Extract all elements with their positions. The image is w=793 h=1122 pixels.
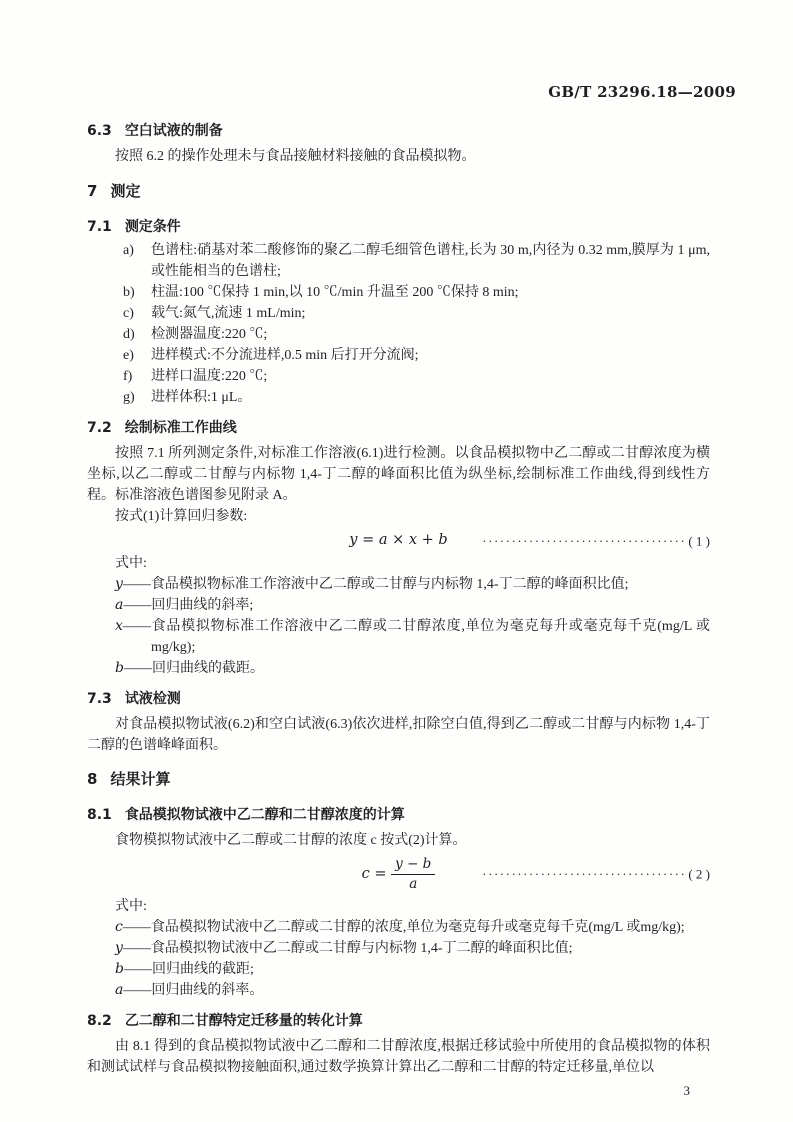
paragraph-6-3: 按照 6.2 的操作处理未与食品接触材料接触的食品模拟物。 (87, 146, 710, 167)
definition-item: y——食品模拟物标准工作溶液中乙二醇或二甘醇与内标物 1,4-丁二醇的峰面积比值… (87, 574, 710, 595)
list-item: b) 柱温:100 ℃保持 1 min,以 10 ℃/min 升温至 200 ℃… (87, 282, 710, 303)
paragraph-7-3: 对食品模拟物试液(6.2)和空白试液(6.3)依次进样,扣除空白值,得到乙二醇或… (87, 714, 710, 756)
equation-2: c = y − ba ·····························… (87, 856, 710, 893)
document-page: GB/T 23296.18—2009 6.3空白试液的制备 按照 6.2 的操作… (0, 0, 793, 1122)
list-item: g) 进样体积:1 μL。 (87, 387, 710, 408)
heading-title: 乙二醇和二甘醇特定迁移量的转化计算 (125, 1012, 363, 1028)
list-item-text: 进样模式:不分流进样,0.5 min 后打开分流阀; (151, 345, 710, 366)
list-item: e) 进样模式:不分流进样,0.5 min 后打开分流阀; (87, 345, 710, 366)
list-item-label: f) (123, 366, 151, 387)
heading-number: 7.1 (87, 217, 112, 238)
definition-text: ——食品模拟物标准工作溶液中乙二醇或二甘醇与内标物 1,4-丁二醇的峰面积比值; (123, 577, 629, 592)
heading-title: 测定 (110, 183, 140, 200)
definition-text: ——回归曲线的斜率。 (123, 983, 263, 998)
page-number: 3 (87, 1080, 710, 1101)
heading-number: 7 (87, 181, 97, 202)
definition-term: b (115, 660, 124, 676)
section-8-1-heading: 8.1食品模拟物试液中乙二醇和二甘醇浓度的计算 (87, 804, 710, 826)
section-7-heading: 7测定 (87, 181, 710, 202)
paragraph-7-2: 按照 7.1 所列测定条件,对标准工作溶液(6.1)进行检测。以食品模拟物中乙二… (87, 443, 710, 506)
fraction-denominator: a (391, 875, 435, 893)
list-item-text: 进样口温度:220 ℃; (151, 366, 710, 387)
list-item-label: e) (123, 345, 151, 366)
list-item-text: 检测器温度:220 ℃; (151, 324, 710, 345)
section-7-1-heading: 7.1测定条件 (87, 216, 710, 238)
list-item-label: a) (123, 240, 151, 282)
equation-1-number: ( 1 ) (688, 533, 710, 548)
list-item: f) 进样口温度:220 ℃; (87, 366, 710, 387)
list-item: d) 检测器温度:220 ℃; (87, 324, 710, 345)
heading-title: 空白试液的制备 (125, 122, 223, 138)
dot-leader: ··································· (482, 867, 686, 882)
definition-text: ——回归曲线的截距; (124, 962, 254, 977)
section-8-2-heading: 8.2乙二醇和二甘醇特定迁移量的转化计算 (87, 1010, 710, 1032)
paragraph-8-1: 食物模拟物试液中乙二醇或二甘醇的浓度 c 按式(2)计算。 (87, 830, 710, 851)
list-item: a) 色谱柱:硝基对苯二酸修饰的聚乙二醇毛细管色谱柱,长为 30 m,内径为 0… (87, 240, 710, 282)
list-item-label: g) (123, 387, 151, 408)
list-item-text: 柱温:100 ℃保持 1 min,以 10 ℃/min 升温至 200 ℃保持 … (151, 282, 710, 303)
list-item-text: 进样体积:1 μL。 (151, 387, 710, 408)
condition-list: a) 色谱柱:硝基对苯二酸修饰的聚乙二醇毛细管色谱柱,长为 30 m,内径为 0… (87, 240, 710, 408)
heading-title: 测定条件 (125, 218, 181, 234)
heading-title: 绘制标准工作曲线 (125, 419, 237, 435)
heading-number: 7.2 (87, 418, 112, 439)
equation-1-reference: ···································( 1 ) (482, 530, 710, 551)
definition-text: ——食品模拟物试液中乙二醇或二甘醇与内标物 1,4-丁二醇的峰面积比值; (123, 941, 573, 956)
heading-title: 结果计算 (110, 771, 170, 788)
list-item-text: 色谱柱:硝基对苯二酸修饰的聚乙二醇毛细管色谱柱,长为 30 m,内径为 0.32… (151, 240, 710, 282)
definition-text: ——回归曲线的斜率; (123, 598, 253, 613)
equation-2-equals: = (374, 866, 386, 882)
definition-item: a——回归曲线的斜率。 (87, 980, 710, 1001)
equation-2-number: ( 2 ) (688, 867, 710, 882)
section-8-heading: 8结果计算 (87, 769, 710, 790)
definition-text: ——回归曲线的截距。 (124, 661, 264, 676)
heading-title: 食品模拟物试液中乙二醇和二甘醇浓度的计算 (125, 806, 405, 822)
definition-term: x (115, 618, 123, 634)
section-7-3-heading: 7.3试液检测 (87, 688, 710, 710)
equation-1-formula: y = a × x + b (349, 532, 447, 548)
list-item-label: b) (123, 282, 151, 303)
fraction: y − ba (391, 856, 435, 893)
dot-leader: ··································· (482, 533, 686, 548)
list-item-label: d) (123, 324, 151, 345)
equation-1: y = a × x + b ··························… (87, 530, 710, 551)
section-6-3-heading: 6.3空白试液的制备 (87, 120, 710, 142)
where-label: 式中: (87, 896, 710, 917)
definition-item: c——食品模拟物试液中乙二醇或二甘醇的浓度,单位为毫克每升或毫克每千克(mg/L… (87, 917, 710, 938)
list-item-text: 载气:氮气,流速 1 mL/min; (151, 303, 710, 324)
definition-item: y——食品模拟物试液中乙二醇或二甘醇与内标物 1,4-丁二醇的峰面积比值; (87, 938, 710, 959)
definition-text: ——食品模拟物标准工作溶液中乙二醇或二甘醇浓度,单位为毫克每升或毫克每千克(mg… (123, 619, 710, 655)
section-7-2-heading: 7.2绘制标准工作曲线 (87, 417, 710, 439)
equation-2-lhs: c (362, 866, 370, 882)
definition-list-eq2: c——食品模拟物试液中乙二醇或二甘醇的浓度,单位为毫克每升或毫克每千克(mg/L… (87, 917, 710, 1001)
heading-title: 试液检测 (125, 690, 181, 706)
definition-item: x——食品模拟物标准工作溶液中乙二醇或二甘醇浓度,单位为毫克每升或毫克每千克(m… (87, 616, 710, 658)
paragraph-8-2: 由 8.1 得到的食品模拟物试液中乙二醇和二甘醇浓度,根据迁移试验中所使用的食品… (87, 1036, 710, 1078)
definition-list-eq1: y——食品模拟物标准工作溶液中乙二醇或二甘醇与内标物 1,4-丁二醇的峰面积比值… (87, 574, 710, 679)
heading-number: 8.2 (87, 1011, 112, 1032)
definition-term: c (115, 919, 123, 935)
definition-term: y (115, 940, 123, 956)
paragraph-7-2-intro: 按式(1)计算回归参数: (87, 506, 710, 527)
standard-code: GB/T 23296.18—2009 (87, 84, 736, 100)
definition-item: a——回归曲线的斜率; (87, 595, 710, 616)
definition-term: y (115, 576, 123, 592)
list-item: c) 载气:氮气,流速 1 mL/min; (87, 303, 710, 324)
definition-text: ——食品模拟物试液中乙二醇或二甘醇的浓度,单位为毫克每升或毫克每千克(mg/L … (123, 920, 685, 935)
heading-number: 8.1 (87, 805, 112, 826)
equation-2-reference: ···································( 2 ) (482, 864, 710, 885)
equation-2-formula: c = y − ba (362, 866, 436, 882)
definition-item: b——回归曲线的截距。 (87, 658, 710, 679)
heading-number: 6.3 (87, 121, 112, 142)
list-item-label: c) (123, 303, 151, 324)
heading-number: 7.3 (87, 689, 112, 710)
definition-term: b (115, 961, 124, 977)
definition-item: b——回归曲线的截距; (87, 959, 710, 980)
where-label: 式中: (87, 553, 710, 574)
fraction-numerator: y − b (391, 856, 435, 875)
heading-number: 8 (87, 769, 97, 790)
